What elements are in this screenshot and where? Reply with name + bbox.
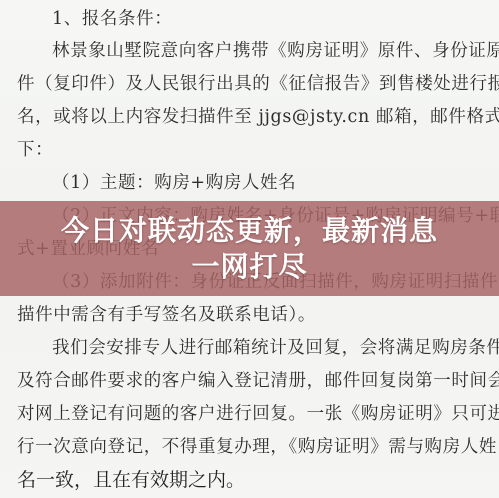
document-page: 1、报名条件： 林景象山墅院意向客户携带《购房证明》原件、身份证原 件（复印件）…: [0, 0, 499, 498]
paragraph-line: 件（复印件）及人民银行出具的《征信报告》到售楼处进行报: [17, 73, 499, 95]
paragraph-line: 描件中需含有手写签名及联系电话）。: [17, 304, 316, 326]
paragraph-line: 我们会安排专人进行邮箱统计及回复，会将满足购房条件: [52, 337, 499, 359]
section-heading: 1、报名条件：: [52, 8, 172, 30]
paragraph-line: 名一致，且在有效期之内。: [17, 469, 245, 491]
headline-title-line2: 一网打尽: [0, 249, 499, 285]
list-item-subject: （1）主题：购房+购房人姓名: [52, 172, 296, 194]
paragraph-line: 下：: [17, 139, 53, 161]
paragraph-line: 林景象山墅院意向客户携带《购房证明》原件、身份证原: [52, 40, 499, 62]
paragraph-line: 及符合邮件要求的客户编入登记清册，邮件回复岗第一时间会: [17, 370, 499, 392]
headline-title-line1: 今日对联动态更新，最新消息: [0, 213, 499, 249]
paragraph-line: 行一次意向登记，不得重复办理，《购房证明》需与购房人姓: [17, 436, 497, 458]
paragraph-line: 对网上登记有问题的客户进行回复。一张《购房证明》只可进: [17, 403, 499, 425]
paragraph-line: 名，或将以上内容发扫描件至 jjgs@jsty.cn 邮箱，邮件格式如: [17, 106, 499, 128]
